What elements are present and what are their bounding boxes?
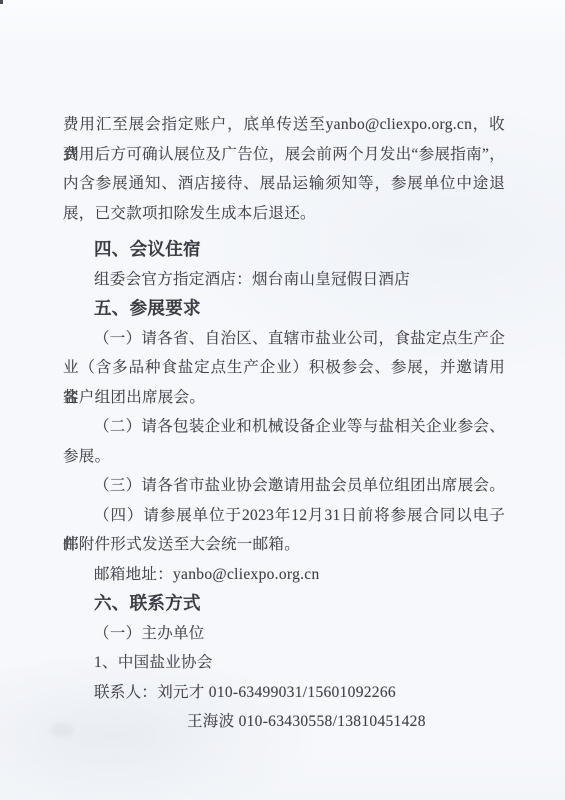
section-heading-requirements: 五、参展要求 bbox=[63, 294, 505, 324]
contact-person-line-1: 联系人：刘元才 010-63499031/15601092266 bbox=[63, 678, 505, 708]
email-address-line: 邮箱地址：yanbo@cliexpo.org.cn bbox=[63, 560, 505, 590]
subheading-organizer: （一）主办单位 bbox=[63, 619, 505, 649]
fees-paragraph-line: 展，已交款项扣除发生成本后退还。 bbox=[63, 199, 505, 229]
contact-person-line-2: 王海波 010-63430558/13810451428 bbox=[63, 707, 505, 737]
requirement-item-1-line: 客户组团出席展会。 bbox=[63, 383, 505, 413]
fees-paragraph-line: 费用后方可确认展位及广告位，展会前两个月发出“参展指南”， bbox=[63, 140, 505, 170]
section-heading-accommodation: 四、会议住宿 bbox=[63, 235, 505, 265]
requirement-item-1-line: 业（含多品种食盐定点生产企业）积极参会、参展，并邀请用盐 bbox=[63, 353, 505, 383]
requirement-item-2-line: 参展。 bbox=[63, 442, 505, 472]
requirement-item-4-line: （四）请参展单位于2023年12月31日前将参展合同以电子邮 bbox=[63, 501, 505, 531]
requirement-item-2-line: （二）请各包装企业和机械设备企业等与盐相关企业参会、 bbox=[63, 412, 505, 442]
scan-artifact-corner bbox=[0, 0, 3, 4]
requirement-item-1-line: （一）请各省、自治区、直辖市盐业公司，食盐定点生产企 bbox=[63, 324, 505, 354]
requirement-item-4-line: 件附件形式发送至大会统一邮箱。 bbox=[63, 530, 505, 560]
document-page: 费用汇至展会指定账户，底单传送至yanbo@cliexpo.org.cn，收到 … bbox=[0, 0, 565, 800]
fees-paragraph-line: 内含参展通知、酒店接待、展品运输须知等，参展单位中途退 bbox=[63, 169, 505, 199]
fees-paragraph-line: 费用汇至展会指定账户，底单传送至yanbo@cliexpo.org.cn，收到 bbox=[63, 110, 505, 140]
document-body: 费用汇至展会指定账户，底单传送至yanbo@cliexpo.org.cn，收到 … bbox=[63, 110, 505, 737]
hotel-info-line: 组委会官方指定酒店：烟台南山皇冠假日酒店 bbox=[63, 265, 505, 295]
section-heading-contact: 六、联系方式 bbox=[63, 589, 505, 619]
organizer-name-line: 1、中国盐业协会 bbox=[63, 648, 505, 678]
requirement-item-3-line: （三）请各省市盐业协会邀请用盐会员单位组团出席展会。 bbox=[63, 471, 505, 501]
